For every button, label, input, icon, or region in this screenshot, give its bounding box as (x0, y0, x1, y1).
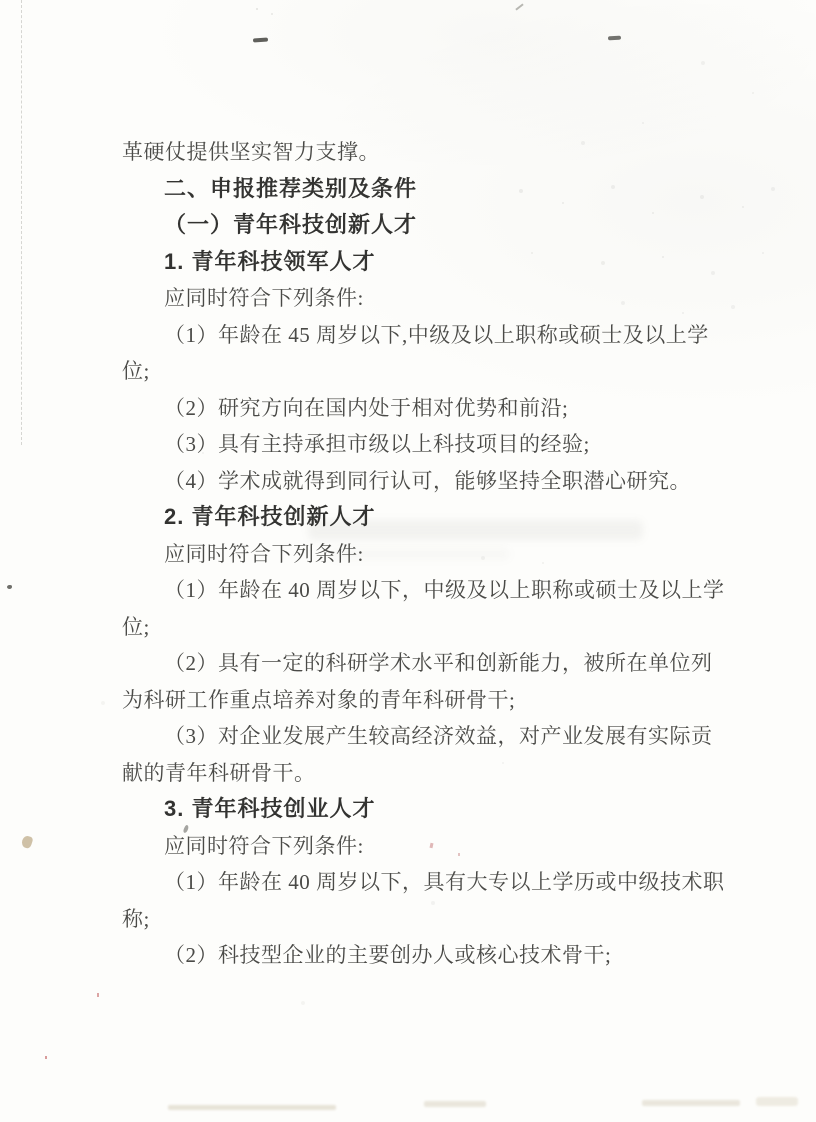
body-line: 应同时符合下列条件: (122, 280, 742, 317)
body-line: （1）年龄在 40 周岁以下，中级及以上职称或硕士及以上学 (122, 572, 742, 609)
document-page: 革硬仗提供坚实智力支撑。 二、申报推荐类别及条件 （一）青年科技创新人才 1. … (0, 0, 816, 1122)
item-heading: 3. 青年科技创业人才 (122, 791, 742, 828)
document-text: 革硬仗提供坚实智力支撑。 二、申报推荐类别及条件 （一）青年科技创新人才 1. … (122, 134, 742, 974)
body-line: 献的青年科研骨干。 (122, 755, 742, 792)
item-heading: 1. 青年科技领军人才 (122, 244, 742, 281)
scan-smudge (253, 37, 268, 42)
subsection-heading: （一）青年科技创新人才 (122, 207, 742, 244)
scan-red-speck (45, 1056, 47, 1059)
scan-speckle-noise (0, 0, 2, 2)
scan-bottom-smudge (756, 1097, 798, 1106)
scan-slash-mark (515, 3, 523, 10)
scan-bottom-smudge (424, 1101, 486, 1107)
item-heading: 2. 青年科技创新人才 (122, 499, 742, 536)
scan-smudge (608, 36, 621, 41)
body-line: 革硬仗提供坚实智力支撑。 (122, 134, 742, 171)
scan-ink-dot (7, 585, 12, 589)
body-line: （3）具有主持承担市级以上科技项目的经验; (122, 426, 742, 463)
scan-bottom-smudge (642, 1100, 740, 1106)
body-line: （2）科技型企业的主要创办人或核心技术骨干; (122, 937, 742, 974)
scan-bottom-smudge (168, 1105, 336, 1110)
scan-stain (20, 835, 33, 850)
scan-red-speck (97, 993, 99, 997)
body-line: 应同时符合下列条件: (122, 536, 742, 573)
body-line: 应同时符合下列条件: (122, 828, 742, 865)
body-line: （1）年龄在 45 周岁以下,中级及以上职称或硕士及以上学 (122, 317, 742, 354)
body-line: （3）对企业发展产生较高经济效益，对产业发展有实际贡 (122, 718, 742, 755)
body-line: （2）具有一定的科研学术水平和创新能力，被所在单位列 (122, 645, 742, 682)
scan-edge-line (21, 0, 22, 445)
body-line: 位; (122, 609, 742, 646)
body-line: （2）研究方向在国内处于相对优势和前沿; (122, 390, 742, 427)
section-heading: 二、申报推荐类别及条件 (122, 171, 742, 208)
body-line: 位; (122, 353, 742, 390)
body-line: （1）年龄在 40 周岁以下，具有大专以上学历或中级技术职 (122, 864, 742, 901)
body-line: 称; (122, 901, 742, 938)
body-line: 为科研工作重点培养对象的青年科研骨干; (122, 682, 742, 719)
body-line: （4）学术成就得到同行认可，能够坚持全职潜心研究。 (122, 463, 742, 500)
